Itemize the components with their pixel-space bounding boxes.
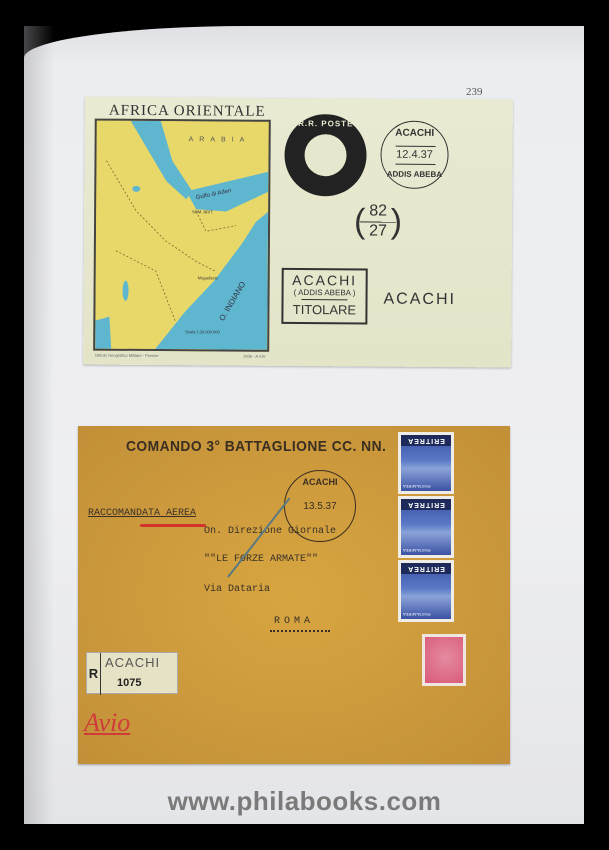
eritrea-airmail-stamp: ERITREA POSTA AEREA — [398, 560, 454, 622]
red-underline — [140, 524, 206, 527]
registration-letter: R — [87, 653, 101, 695]
registration-number: 1075 — [117, 677, 141, 689]
handwritten-avio: Avio — [84, 708, 130, 738]
paren-right: ) — [391, 205, 403, 239]
postmark-line — [396, 146, 436, 147]
page-number: 239 — [466, 86, 483, 98]
address-line-2: ""LE FORZE ARMATE"" — [204, 554, 318, 565]
svg-text:SOM. BRIT.: SOM. BRIT. — [192, 209, 213, 214]
address-line-4: ROMA — [274, 616, 314, 627]
titolare-box-stamp: ACACHI ( ADDIS ABEBA ) TITOLARE — [281, 268, 367, 325]
acachi-postmark: ACACHI 12.4.37 ADDIS ABEBA — [380, 121, 448, 189]
postcard: AFRICA ORIENTALE ARABIA Golfo di Aden O.… — [83, 97, 513, 368]
stamp-country: ERITREA — [401, 435, 451, 446]
box-stamp-line2: ( ADDIS ABEBA ) — [284, 288, 366, 298]
address-line-1: On. Direzione Giornale — [204, 526, 336, 537]
stamp-country: ERITREA — [401, 563, 451, 574]
postmark-town: ACACHI — [382, 128, 448, 139]
svg-text:Scala 1:30.000.000: Scala 1:30.000.000 — [185, 329, 220, 334]
eritrea-airmail-stamp: ERITREA POSTA AEREA — [398, 432, 454, 494]
map-of-east-africa: ARABIA Golfo di Aden O. INDIANO Mogadisc… — [93, 119, 271, 352]
stamp-caption: POSTA AEREA — [403, 612, 431, 617]
blue-crayon-mark — [227, 498, 290, 578]
box-stamp-divider — [302, 299, 348, 300]
stamp-caption: POSTA AEREA — [403, 548, 431, 553]
fraction-marking: ( 82 27 ) — [360, 202, 396, 240]
red-portrait-stamp — [422, 634, 466, 686]
postmark-town: ACACHI — [285, 477, 355, 487]
service-line: RACCOMANDATA AEREA — [88, 508, 196, 519]
svg-text:ARABIA: ARABIA — [189, 136, 251, 143]
map-year-note: 1936 - A XIV — [243, 354, 265, 359]
envelope: COMANDO 3° BATTAGLIONE CC. NN. RACCOMAND… — [78, 426, 510, 764]
envelope-header: COMANDO 3° BATTAGLIONE CC. NN. — [126, 438, 386, 455]
eritrea-airmail-stamp: ERITREA POSTA AEREA — [398, 496, 454, 558]
postmark-date: 13.5.37 — [285, 501, 355, 512]
watermark: www.philabooks.com — [0, 786, 609, 817]
map-publisher-note: Istituto Geografico Militare - Firenze — [95, 353, 158, 358]
rr-poste-cancel: R.R. POSTE — [284, 114, 367, 197]
box-stamp-line1: ACACHI — [284, 272, 366, 289]
rr-poste-text: R.R. POSTE — [285, 119, 367, 129]
address-underline — [270, 630, 330, 632]
registration-place: ACACHI — [105, 655, 160, 670]
address-line-3: Via Dataria — [204, 584, 270, 595]
stamp-country: ERITREA — [401, 499, 451, 510]
svg-text:Mogadiscio: Mogadiscio — [198, 275, 219, 280]
postmark-city: ADDIS ABEBA — [381, 170, 447, 179]
stamp-caption: POSTA AEREA — [403, 484, 431, 489]
page-gutter-shadow — [24, 26, 54, 824]
postmark-line — [395, 164, 435, 165]
paren-left: ( — [354, 204, 366, 238]
rr-poste-center — [304, 134, 346, 176]
acachi-straight-line-stamp: ACACHI — [383, 291, 456, 310]
registration-label: R ACACHI 1075 — [86, 652, 178, 694]
postmark-date: 12.4.37 — [382, 149, 448, 161]
box-stamp-line3: TITOLARE — [283, 302, 365, 318]
